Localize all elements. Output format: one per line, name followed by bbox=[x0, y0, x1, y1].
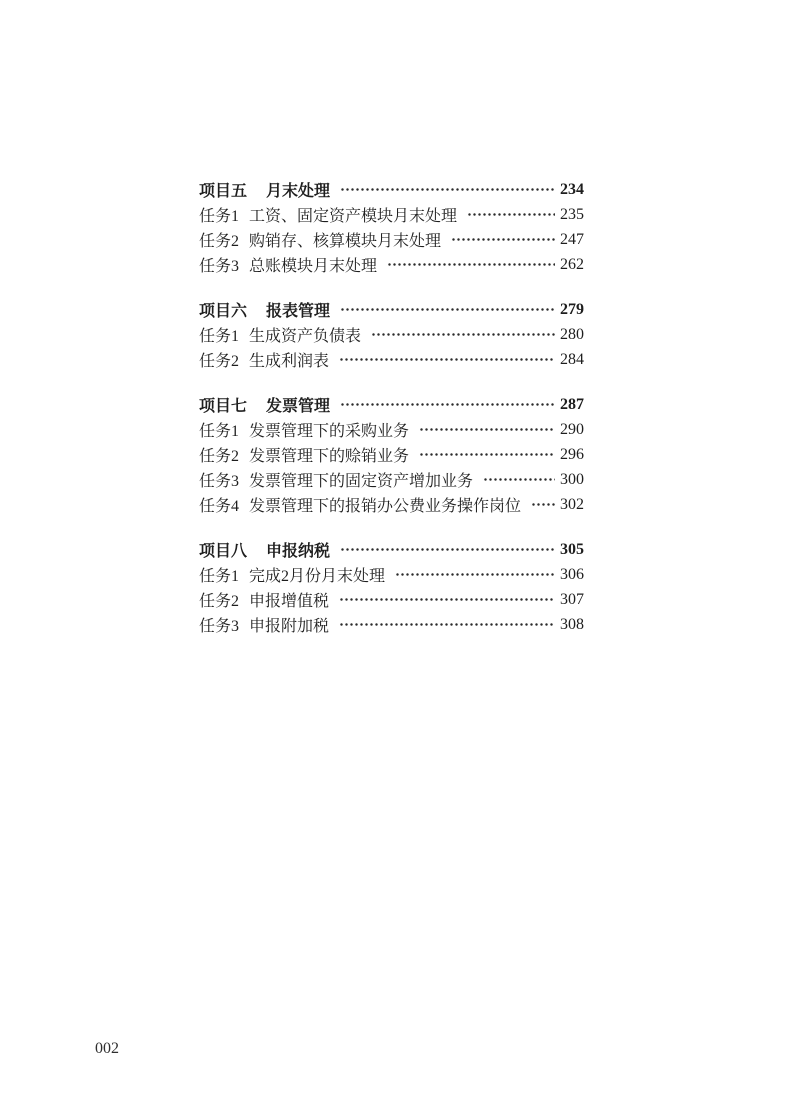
dot-leader bbox=[339, 587, 555, 612]
dot-leader bbox=[419, 442, 555, 467]
dot-leader bbox=[467, 202, 555, 227]
project-row: 项目七 发票管理 287 bbox=[199, 392, 584, 417]
project-row: 项目五 月末处理 234 bbox=[199, 177, 584, 202]
dot-leader bbox=[371, 322, 555, 347]
task-row: 任务3 申报附加税 308 bbox=[199, 612, 584, 637]
page-number: 280 bbox=[560, 326, 584, 344]
task-row: 任务3 总账模块月末处理 262 bbox=[199, 252, 584, 277]
dot-leader bbox=[340, 392, 555, 417]
task-number: 任务1 bbox=[199, 563, 239, 586]
task-title: 工资、固定资产模块月末处理 bbox=[249, 203, 457, 226]
task-title: 申报增值税 bbox=[249, 588, 329, 611]
task-number: 任务2 bbox=[199, 588, 239, 611]
task-title: 购销存、核算模块月末处理 bbox=[249, 228, 441, 251]
page-number: 234 bbox=[560, 181, 584, 199]
task-number: 任务2 bbox=[199, 443, 239, 466]
project-title: 申报纳税 bbox=[266, 538, 330, 561]
project-number: 项目七 bbox=[199, 393, 247, 416]
project-title: 月末处理 bbox=[266, 178, 330, 201]
task-row: 任务2 生成利润表 284 bbox=[199, 347, 584, 372]
task-title: 生成利润表 bbox=[249, 348, 329, 371]
task-row: 任务2 申报增值税 307 bbox=[199, 587, 584, 612]
task-title: 生成资产负债表 bbox=[249, 323, 361, 346]
task-row: 任务3 发票管理下的固定资产增加业务 300 bbox=[199, 467, 584, 492]
page-number: 296 bbox=[560, 446, 584, 464]
project-number: 项目八 bbox=[199, 538, 247, 561]
project-number: 项目六 bbox=[199, 298, 247, 321]
dot-leader bbox=[387, 252, 555, 277]
footer-page-number: 002 bbox=[95, 1040, 119, 1058]
page-number: 302 bbox=[560, 496, 584, 514]
dot-leader bbox=[451, 227, 555, 252]
project-row: 项目六 报表管理 279 bbox=[199, 297, 584, 322]
task-number: 任务1 bbox=[199, 203, 239, 226]
task-number: 任务4 bbox=[199, 493, 239, 516]
dot-leader bbox=[395, 562, 555, 587]
page-number: 300 bbox=[560, 471, 584, 489]
dot-leader bbox=[340, 177, 555, 202]
task-number: 任务3 bbox=[199, 613, 239, 636]
page-number: 308 bbox=[560, 616, 584, 634]
task-number: 任务2 bbox=[199, 348, 239, 371]
dot-leader bbox=[340, 297, 555, 322]
dot-leader bbox=[483, 467, 555, 492]
dot-leader bbox=[339, 347, 555, 372]
page-number: 306 bbox=[560, 566, 584, 584]
task-number: 任务3 bbox=[199, 253, 239, 276]
toc-section-project-6: 项目六 报表管理 279 任务1 生成资产负债表 280 任务2 生成利润表 2… bbox=[199, 297, 584, 372]
task-title: 完成2月份月末处理 bbox=[249, 563, 385, 586]
toc-section-project-8: 项目八 申报纳税 305 任务1 完成2月份月末处理 306 任务2 申报增值税… bbox=[199, 537, 584, 637]
page-number: 307 bbox=[560, 591, 584, 609]
dot-leader bbox=[340, 537, 555, 562]
page-number: 284 bbox=[560, 351, 584, 369]
task-title: 发票管理下的固定资产增加业务 bbox=[249, 468, 473, 491]
task-title: 发票管理下的采购业务 bbox=[249, 418, 409, 441]
task-row: 任务1 工资、固定资产模块月末处理 235 bbox=[199, 202, 584, 227]
page-number: 235 bbox=[560, 206, 584, 224]
page-number: 279 bbox=[560, 301, 584, 319]
page-number: 247 bbox=[560, 231, 584, 249]
dot-leader bbox=[531, 492, 555, 517]
task-row: 任务1 生成资产负债表 280 bbox=[199, 322, 584, 347]
page-number: 290 bbox=[560, 421, 584, 439]
task-number: 任务2 bbox=[199, 228, 239, 251]
task-row: 任务2 发票管理下的赊销业务 296 bbox=[199, 442, 584, 467]
task-title: 总账模块月末处理 bbox=[249, 253, 377, 276]
page-number: 287 bbox=[560, 396, 584, 414]
task-number: 任务3 bbox=[199, 468, 239, 491]
task-row: 任务4 发票管理下的报销办公费业务操作岗位 302 bbox=[199, 492, 584, 517]
task-title: 发票管理下的报销办公费业务操作岗位 bbox=[249, 493, 521, 516]
task-row: 任务1 发票管理下的采购业务 290 bbox=[199, 417, 584, 442]
project-number: 项目五 bbox=[199, 178, 247, 201]
project-row: 项目八 申报纳税 305 bbox=[199, 537, 584, 562]
table-of-contents: 项目五 月末处理 234 任务1 工资、固定资产模块月末处理 235 任务2 购… bbox=[199, 177, 584, 637]
task-row: 任务1 完成2月份月末处理 306 bbox=[199, 562, 584, 587]
task-number: 任务1 bbox=[199, 323, 239, 346]
task-title: 申报附加税 bbox=[249, 613, 329, 636]
page-number: 305 bbox=[560, 541, 584, 559]
toc-section-project-5: 项目五 月末处理 234 任务1 工资、固定资产模块月末处理 235 任务2 购… bbox=[199, 177, 584, 277]
task-number: 任务1 bbox=[199, 418, 239, 441]
task-title: 发票管理下的赊销业务 bbox=[249, 443, 409, 466]
dot-leader bbox=[339, 612, 555, 637]
toc-section-project-7: 项目七 发票管理 287 任务1 发票管理下的采购业务 290 任务2 发票管理… bbox=[199, 392, 584, 517]
project-title: 发票管理 bbox=[266, 393, 330, 416]
project-title: 报表管理 bbox=[266, 298, 330, 321]
dot-leader bbox=[419, 417, 555, 442]
page-number: 262 bbox=[560, 256, 584, 274]
task-row: 任务2 购销存、核算模块月末处理 247 bbox=[199, 227, 584, 252]
